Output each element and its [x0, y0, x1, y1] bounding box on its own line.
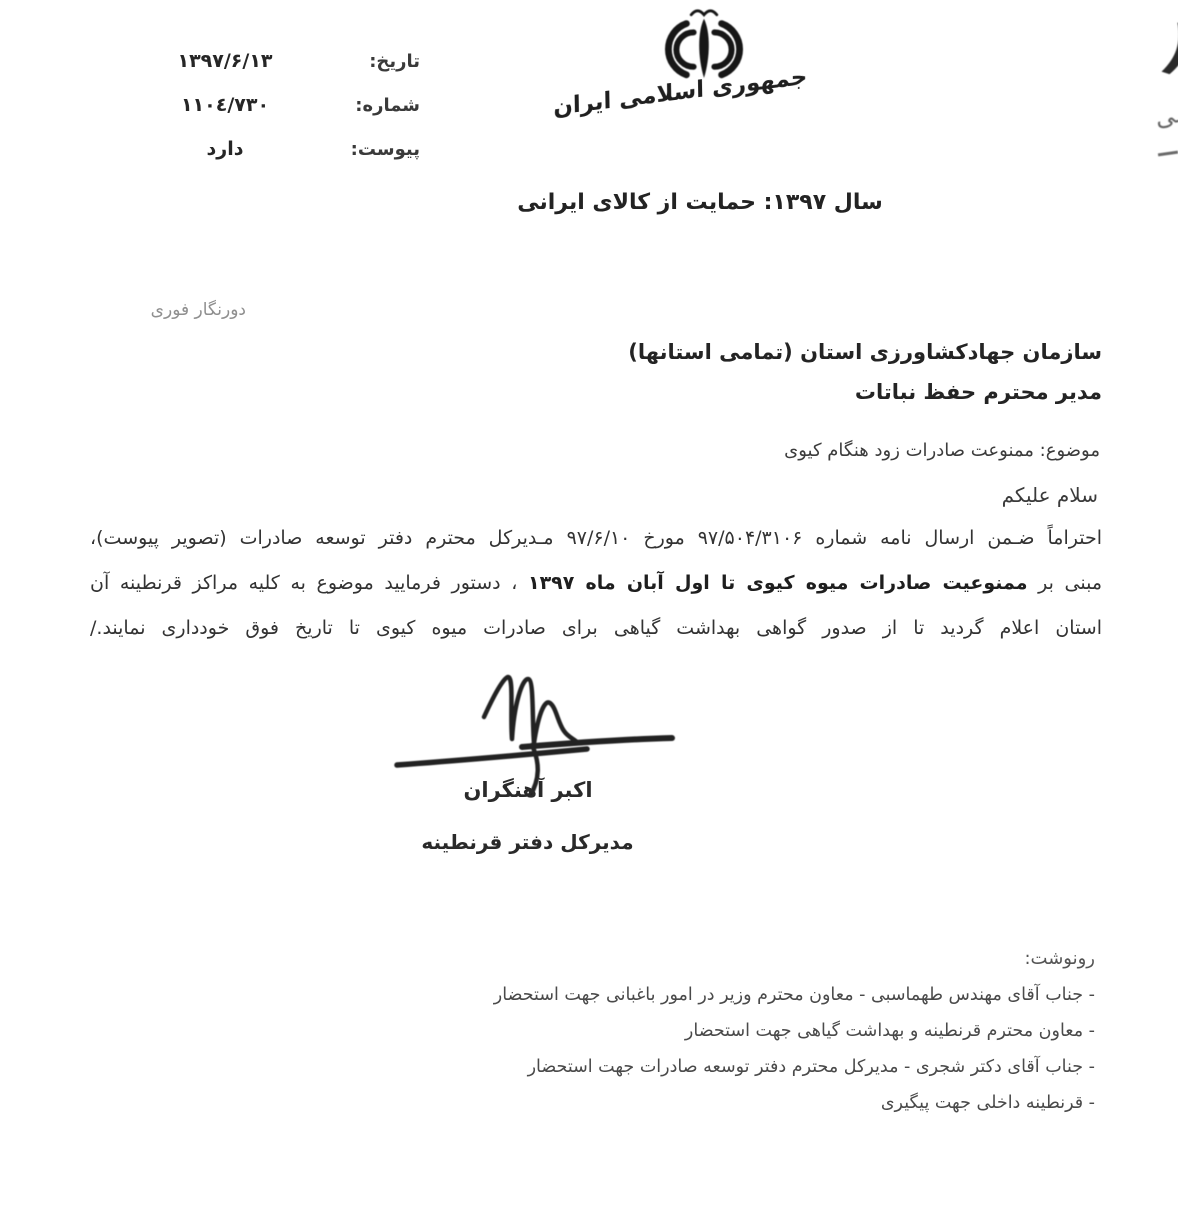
body-line-3: استان اعلام گردید تا از صدور گواهی بهداش…: [90, 613, 1102, 644]
date-label: تاریخ:: [320, 51, 420, 72]
field-row-date: تاریخ: ۱۳۹۷/۶/۱۳: [120, 50, 420, 72]
scan-edge-artifact-dash: [1158, 151, 1178, 157]
scan-edge-artifact-top: (: [1156, 12, 1178, 85]
recipient-organization: سازمان جهادکشاورزی استان (تمامی استانها): [402, 340, 1102, 364]
recipient-block: سازمان جهادکشاورزی استان (تمامی استانها)…: [402, 340, 1102, 404]
body-line-2-bold: ممنوعیت صادرات میوه کیوی تا اول آبان ماه…: [528, 572, 1028, 594]
signatory-name: اکبر آهنگران: [408, 778, 648, 802]
recipient-manager: مدیر محترم حفظ نباتات: [402, 380, 1102, 404]
number-label: شماره:: [320, 95, 420, 116]
number-value: ۱۱۰٤/۷۳۰: [130, 94, 320, 116]
body-paragraph: احتراماً ضـمن ارسال نامه شماره ۹۷/۵۰۴/۳۱…: [90, 523, 1102, 658]
signatory-title: مدیرکل دفتر قرنطینه: [395, 830, 660, 854]
field-row-attachment: پیوست: دارد: [120, 138, 420, 160]
subject-line: موضوع: ممنوعت صادرات زود هنگام کیوی: [500, 440, 1100, 461]
body-line-1: احتراماً ضـمن ارسال نامه شماره ۹۷/۵۰۴/۳۱…: [90, 523, 1102, 554]
cc-heading: رونوشت:: [349, 948, 1095, 969]
cc-item-2: - معاون محترم قرنطینه و بهداشت گیاهی جهت…: [335, 1013, 1109, 1049]
fax-urgency-note: دورنگار فوری: [86, 300, 246, 320]
header-fields: تاریخ: ۱۳۹۷/۶/۱۳ شماره: ۱۱۰٤/۷۳۰ پیوست: …: [120, 50, 420, 182]
year-slogan: سال ۱۳۹۷: حمایت از کالای ایرانی: [495, 190, 905, 215]
cc-item-3: - جناب آقای دکتر شجری - مدیرکل محترم دفت…: [335, 1049, 1109, 1085]
letter-page: جمهوری اسلامی ایران تاریخ: ۱۳۹۷/۶/۱۳ شما…: [0, 0, 1178, 1208]
attachment-label: پیوست:: [320, 139, 420, 160]
scan-edge-artifact-mid: ـى: [1152, 99, 1178, 132]
cc-item-4: - قرنطینه داخلی جهت پیگیری: [335, 1085, 1109, 1121]
attachment-value: دارد: [130, 138, 320, 160]
cc-block: رونوشت: - جناب آقای مهندس طهماسبی - معاو…: [335, 948, 1095, 1121]
salutation: سلام علیکم: [798, 483, 1098, 507]
body-line-2-pre: مبنی بر: [1028, 572, 1102, 594]
cc-item-1: - جناب آقای مهندس طهماسبی - معاون محترم …: [335, 977, 1109, 1013]
body-line-2: مبنی بر ممنوعیت صادرات میوه کیوی تا اول …: [90, 568, 1102, 599]
body-line-2-post: ، دستور فرمایید موضوع به کلیه مراکز قرنط…: [90, 572, 528, 594]
field-row-number: شماره: ۱۱۰٤/۷۳۰: [120, 94, 420, 116]
date-value: ۱۳۹۷/۶/۱۳: [130, 50, 320, 72]
